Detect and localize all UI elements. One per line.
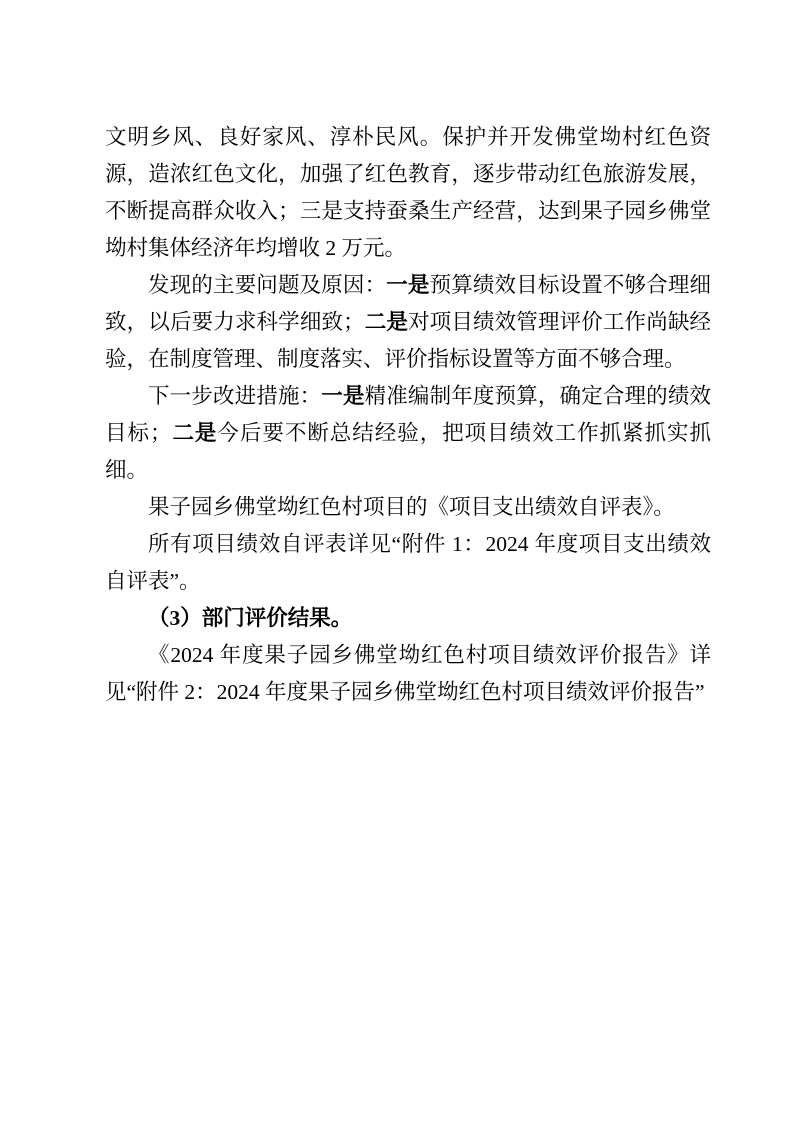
- paragraph: （3）部门评价结果。: [105, 600, 711, 637]
- bold-text-run: 二是: [365, 310, 408, 334]
- text-run: 文明乡风、良好家风、淳朴民风。保护并开发佛堂坳村红色资源，造浓红色文化，加强了红…: [105, 125, 711, 260]
- text-run: 发现的主要问题及原因：: [148, 273, 386, 297]
- bold-text-run: 一是: [321, 384, 364, 408]
- paragraph: 下一步改进措施：一是精准编制年度预算，确定合理的绩效目标；二是今后要不断总结经验…: [105, 378, 711, 489]
- bold-text-run: （3）部门评价结果。: [148, 606, 352, 630]
- paragraph: 果子园乡佛堂坳红色村项目的《项目支出绩效自评表》。: [105, 489, 711, 526]
- paragraph: 文明乡风、良好家风、淳朴民风。保护并开发佛堂坳村红色资源，造浓红色文化，加强了红…: [105, 119, 711, 267]
- document-body: 文明乡风、良好家风、淳朴民风。保护并开发佛堂坳村红色资源，造浓红色文化，加强了红…: [105, 119, 711, 711]
- paragraph: 发现的主要问题及原因：一是预算绩效目标设置不够合理细致，以后要力求科学细致；二是…: [105, 267, 711, 378]
- text-run: 果子园乡佛堂坳红色村项目的《项目支出绩效自评表》。: [148, 495, 675, 519]
- document-page: 文明乡风、良好家风、淳朴民风。保护并开发佛堂坳村红色资源，造浓红色文化，加强了红…: [0, 0, 793, 1122]
- bold-text-run: 一是: [386, 273, 429, 297]
- paragraph: 所有项目绩效自评表详见“附件 1：2024 年度项目支出绩效自评表”。: [105, 526, 711, 600]
- text-run: 下一步改进措施：: [148, 384, 321, 408]
- text-run: 《2024 年度果子园乡佛堂坳红色村项目绩效评价报告》详见“附件 2：2024 …: [105, 643, 711, 704]
- paragraph: 《2024 年度果子园乡佛堂坳红色村项目绩效评价报告》详见“附件 2：2024 …: [105, 637, 711, 711]
- text-run: 所有项目绩效自评表详见“附件 1：2024 年度项目支出绩效自评表”。: [105, 532, 711, 593]
- bold-text-run: 二是: [171, 421, 217, 445]
